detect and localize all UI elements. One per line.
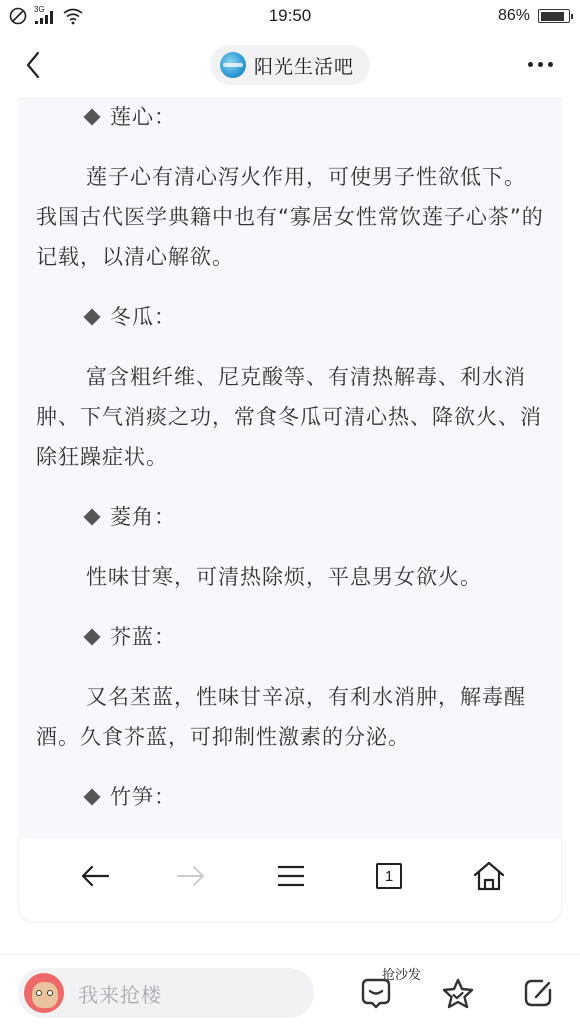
- forum-logo: [220, 52, 246, 78]
- section-heading: 芥蓝：: [86, 617, 544, 657]
- favorite-button[interactable]: [438, 973, 478, 1013]
- reply-placeholder: 我来抢楼: [78, 979, 162, 1008]
- more-dots-icon: [528, 62, 533, 67]
- avatar: [24, 973, 64, 1013]
- signal-icon: 3G: [34, 7, 56, 25]
- diamond-bullet-icon: [84, 789, 101, 806]
- article: 莲心： 莲子心有清心泻火作用，可使男子性欲低下。我国古代医学典籍中也有“寡居女性…: [18, 98, 562, 840]
- comment-button[interactable]: [356, 973, 396, 1013]
- diamond-bullet-icon: [84, 629, 101, 646]
- menu-icon: [277, 865, 305, 887]
- network-type-label: 3G: [34, 5, 45, 14]
- wifi-icon: [62, 7, 84, 25]
- section-body: 莲子心有清心泻火作用，可使男子性欲低下。我国古代医学典籍中也有“寡居女性常饮莲子…: [36, 157, 544, 277]
- reply-bar: 我来抢楼 抢沙发: [0, 955, 580, 1031]
- arrow-left-icon: [80, 865, 110, 887]
- share-button[interactable]: [518, 973, 558, 1013]
- more-button[interactable]: [522, 52, 558, 76]
- chevron-left-icon: [25, 51, 41, 79]
- screen: 3G 19:50 86%: [0, 0, 580, 1031]
- diamond-bullet-icon: [84, 309, 101, 326]
- section-heading: 菱角：: [86, 497, 544, 537]
- nav-forward-button[interactable]: [171, 856, 211, 896]
- comment-icon: [360, 976, 392, 1010]
- nav-tabs-button[interactable]: 1: [369, 856, 409, 896]
- star-icon: [441, 977, 475, 1009]
- navigation-bar: 1: [18, 838, 562, 922]
- section-heading: 竹笋：: [86, 777, 544, 817]
- home-icon: [473, 861, 505, 891]
- share-icon: [522, 977, 554, 1009]
- tabs-icon: 1: [376, 863, 402, 889]
- status-bar: 3G 19:50 86%: [0, 0, 580, 32]
- status-left: 3G: [8, 6, 128, 26]
- do-not-disturb-icon: [8, 6, 28, 26]
- section-heading: 冬瓜：: [86, 297, 544, 337]
- forum-name: 阳光生活吧: [254, 52, 354, 79]
- nav-home-button[interactable]: [469, 856, 509, 896]
- back-button[interactable]: [18, 48, 48, 82]
- diamond-bullet-icon: [84, 109, 101, 126]
- post-content-image: 莲心： 莲子心有清心泻火作用，可使男子性欲低下。我国古代医学典籍中也有“寡居女性…: [18, 98, 562, 840]
- section-body: 又名苤蓝，性味甘辛凉，有利水消肿，解毒醒酒。久食芥蓝，可抑制性激素的分泌。: [36, 677, 544, 757]
- battery-icon: [538, 9, 570, 23]
- section-heading: 莲心：: [86, 98, 544, 137]
- status-right: 86%: [498, 7, 570, 25]
- diamond-bullet-icon: [84, 509, 101, 526]
- arrow-right-icon: [176, 865, 206, 887]
- nav-menu-button[interactable]: [271, 856, 311, 896]
- reply-input[interactable]: 我来抢楼: [18, 968, 314, 1018]
- tabs-count: 1: [385, 868, 393, 885]
- battery-percent: 86%: [498, 7, 530, 25]
- header: 阳光生活吧: [0, 32, 580, 98]
- section-body: 富含粗纤维、尼克酸等、有清热解毒、利水消肿、下气消痰之功，常食冬瓜可清心热、降欲…: [36, 357, 544, 477]
- nav-back-button[interactable]: [75, 856, 115, 896]
- section-body: 性味甘寒，可清热除烦，平息男女欲火。: [36, 557, 544, 597]
- forum-pill[interactable]: 阳光生活吧: [210, 45, 370, 85]
